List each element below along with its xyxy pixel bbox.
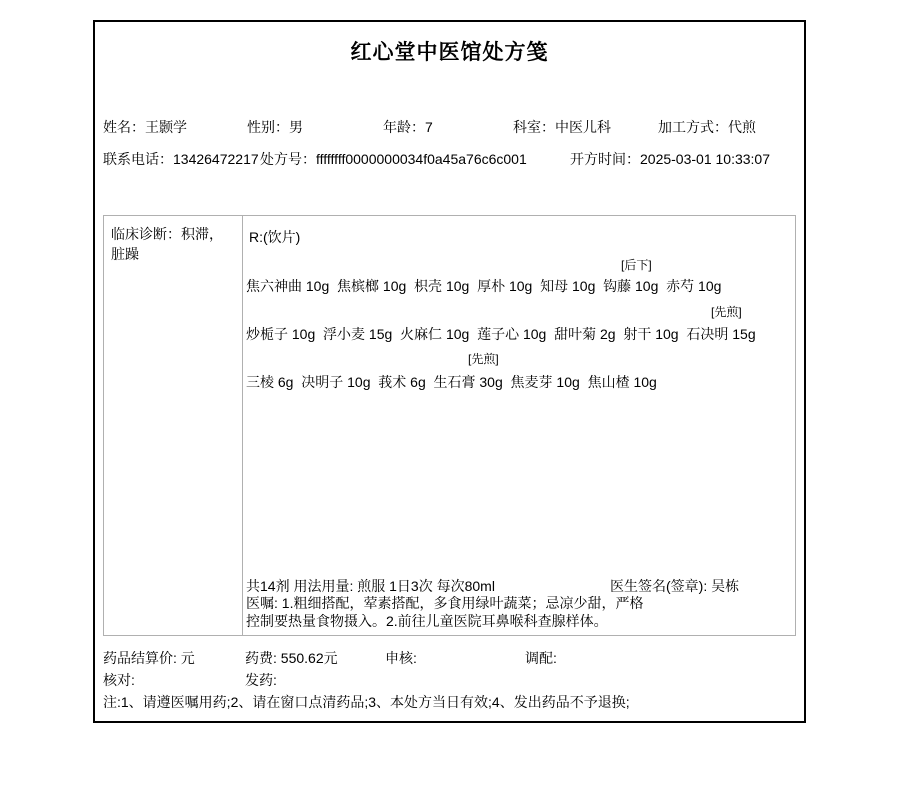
prescription-sheet: 红心堂中医馆处方笺 姓名：王颢学 性别：男 年龄：7 科室：中医儿科 加工方式：… (93, 20, 806, 723)
patient-gender-label: 性别： (247, 119, 289, 135)
medicine-fee-value: 550.62元 (281, 650, 338, 666)
settlement-price-value: 元 (181, 650, 195, 666)
prescription-table: 临床诊断：积滞，脏躁 R:(饮片) [后下] 焦六神曲 10g 焦槟榔 10g … (103, 215, 796, 636)
patient-name-label: 姓名： (103, 119, 145, 135)
processing-method-field: 加工方式：代煎 (658, 117, 756, 137)
herb-line-3: 三棱 6g 决明子 10g 莪术 6g 生石膏 30g 焦麦芽 10g 焦山楂 … (246, 372, 657, 392)
decoction-annotation-xianjian-2: [先煎] (468, 350, 499, 367)
rx-content-cell: R:(饮片) [后下] 焦六神曲 10g 焦槟榔 10g 枳壳 10g 厚朴 1… (243, 216, 795, 635)
settlement-price-field: 药品结算价: 元 (103, 648, 195, 668)
doctor-signature-name: 吴栋 (711, 578, 739, 594)
clinical-diagnosis-cell: 临床诊断：积滞，脏躁 (104, 216, 243, 635)
patient-age-label: 年龄： (383, 119, 425, 135)
check-field: 核对: (103, 670, 135, 690)
rx-number-value: ffffffff0000000034f0a45a76c6c001 (316, 151, 527, 167)
department-field: 科室：中医儿科 (513, 117, 611, 137)
medicine-fee-label: 药费: (245, 650, 281, 666)
herb-line-1: 焦六神曲 10g 焦槟榔 10g 枳壳 10g 厚朴 10g 知母 10g 钩藤… (246, 276, 721, 296)
patient-name-value: 王颢学 (145, 119, 187, 135)
phone-value: 13426472217 (173, 151, 259, 167)
rx-header: R:(饮片) (249, 227, 300, 247)
patient-name-field: 姓名：王颢学 (103, 117, 187, 137)
dispense-field: 发药: (245, 670, 277, 690)
rx-number-label: 处方号： (260, 151, 316, 167)
review-field: 申核: (385, 648, 417, 668)
department-label: 科室： (513, 119, 555, 135)
herb-line-2: 炒栀子 10g 浮小麦 15g 火麻仁 10g 莲子心 10g 甜叶菊 2g 射… (246, 324, 756, 344)
issue-time-label: 开方时间： (570, 151, 640, 167)
phone-label: 联系电话： (103, 151, 173, 167)
prepare-field: 调配: (525, 648, 557, 668)
medicine-fee-field: 药费: 550.62元 (245, 648, 338, 668)
department-value: 中医儿科 (555, 119, 611, 135)
medical-instructions: 医嘱: 1.粗细搭配，荤素搭配，多食用绿叶蔬菜；忌凉少甜，严格控制要热量食物摄入… (246, 594, 648, 630)
patient-age-field: 年龄：7 (383, 117, 433, 137)
decoction-annotation-houxia: [后下] (621, 256, 652, 273)
footer-note: 注:1、请遵医嘱用药;2、请在窗口点清药品;3、本处方当日有效;4、发出药品不予… (103, 692, 630, 712)
issue-time-field: 开方时间：2025-03-01 10:33:07 (570, 149, 770, 169)
diagnosis-label: 临床诊断： (111, 226, 181, 242)
processing-method-label: 加工方式： (658, 119, 728, 135)
patient-age-value: 7 (425, 119, 433, 135)
doctor-signature-field: 医生签名(签章): 吴栋 (610, 576, 739, 596)
phone-field: 联系电话：13426472217 (103, 149, 259, 169)
decoction-annotation-xianjian-1: [先煎] (711, 303, 742, 320)
issue-time-value: 2025-03-01 10:33:07 (640, 151, 770, 167)
settlement-price-label: 药品结算价: (103, 650, 181, 666)
patient-gender-field: 性别：男 (247, 117, 303, 137)
doctor-signature-label: 医生签名(签章): (610, 578, 711, 594)
rx-number-field: 处方号：ffffffff0000000034f0a45a76c6c001 (260, 149, 527, 169)
patient-gender-value: 男 (289, 119, 303, 135)
clinic-title: 红心堂中医馆处方笺 (95, 36, 804, 66)
usage-line: 共14剂 用法用量: 煎服 1日3次 每次80ml (246, 576, 495, 596)
processing-method-value: 代煎 (728, 119, 756, 135)
